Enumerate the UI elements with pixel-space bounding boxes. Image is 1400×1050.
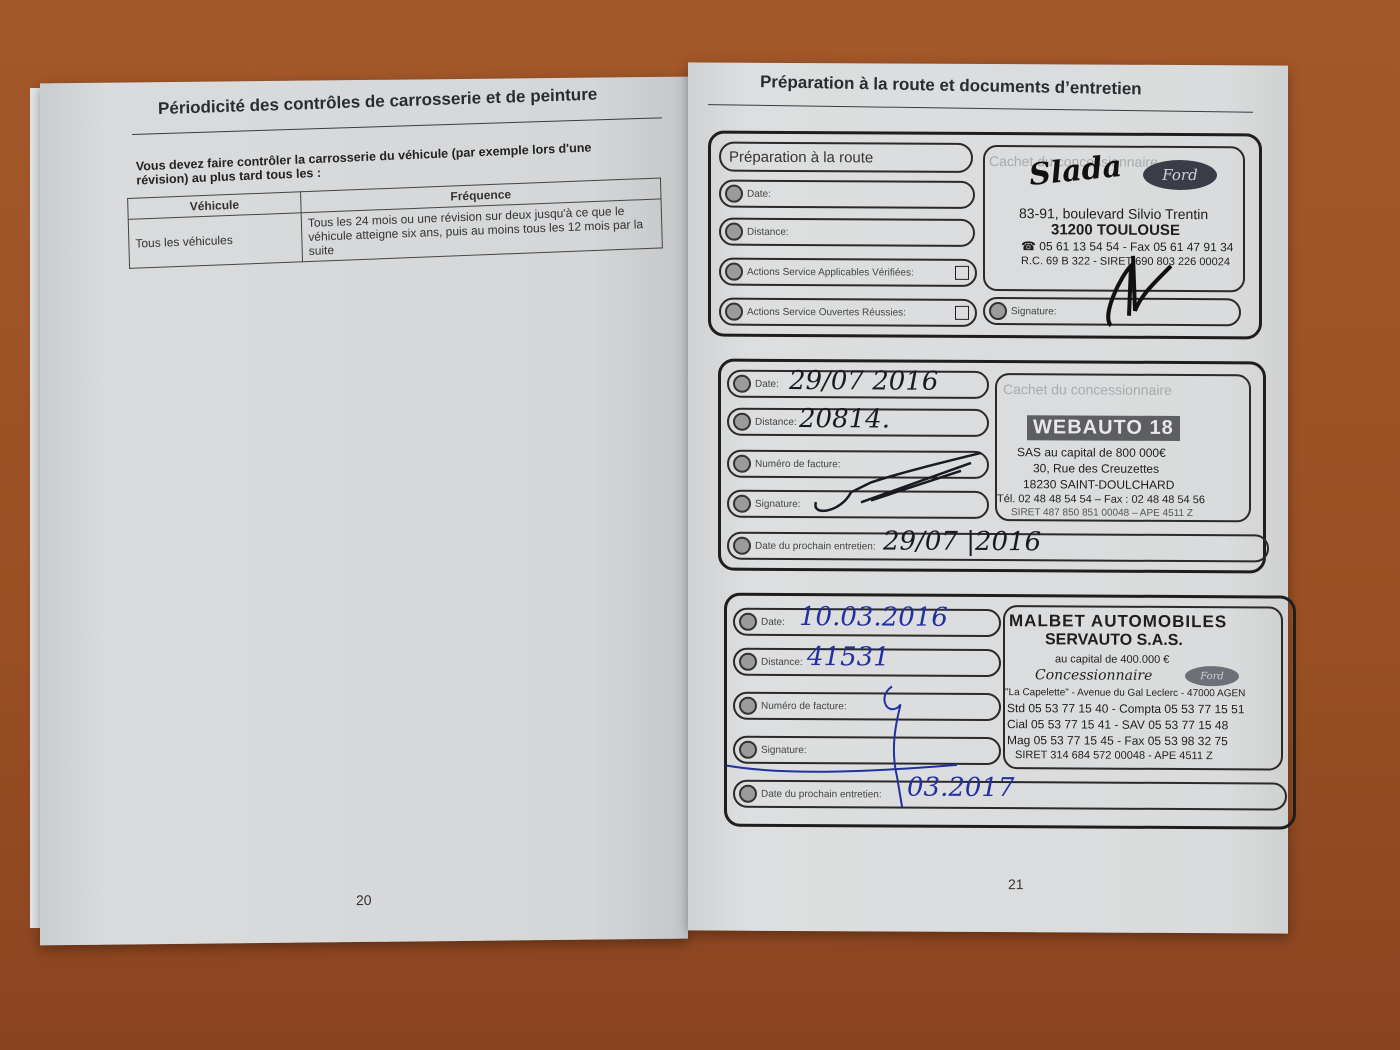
radio-icon[interactable] [725, 263, 743, 281]
field-label: Signature: [761, 744, 807, 755]
radio-icon[interactable] [733, 413, 751, 431]
radio-icon[interactable] [725, 303, 743, 321]
stamp-city: 31200 TOULOUSE [1051, 221, 1180, 239]
webauto-logo: WEBAUTO 18 [1027, 415, 1180, 441]
radio-icon[interactable] [739, 697, 757, 715]
handwritten-date: 10.03.2016 [799, 602, 948, 633]
signature-field[interactable]: Signature: [733, 736, 1001, 765]
field-label: Date: [747, 188, 771, 199]
left-page-title: Périodicité des contrôles de carrosserie… [158, 85, 598, 120]
title-rule [132, 117, 662, 135]
stamp-line: Tél. 02 48 48 54 54 – Fax : 02 48 48 54 … [997, 493, 1205, 506]
radio-icon[interactable] [739, 785, 757, 803]
field-label: Signature: [1011, 306, 1057, 317]
field-label: Actions Service Ouvertes Réussies: [747, 306, 906, 318]
radio-icon[interactable] [733, 537, 751, 555]
right-page-title: Préparation à la route et documents d’en… [760, 72, 1142, 99]
field-label: Signature: [755, 498, 801, 509]
dealer-stamp-box: MALBET AUTOMOBILES SERVAUTO S.A.S. au ca… [1003, 605, 1283, 770]
page-number-right: 21 [1008, 876, 1024, 892]
dealer-stamp-box: Cachet du concessionnaire Slada Ford 83-… [983, 145, 1245, 292]
actions-verified-field[interactable]: Actions Service Applicables Vérifiées: [719, 258, 977, 287]
frequency-table: Véhicule Fréquence Tous les véhicules To… [127, 177, 663, 268]
stamp-line: "La Capelette" - Avenue du Gal Leclerc -… [1005, 687, 1245, 699]
road-preparation-heading: Préparation à la route [719, 142, 973, 173]
left-page: Périodicité des contrôles de carrosserie… [40, 77, 688, 946]
stamp-line: SIRET 314 684 572 00048 - APE 4511 Z [1015, 749, 1213, 762]
road-preparation-card: Préparation à la route Date: Distance: A… [708, 131, 1262, 340]
signature-field[interactable]: Signature: [727, 490, 989, 519]
title-rule [708, 104, 1253, 113]
stamp-line: Cial 05 53 77 15 41 - SAV 05 53 77 15 48 [1007, 717, 1228, 732]
stamp-line: SAS au capital de 800 000€ [1017, 445, 1166, 460]
stamp-line: 30, Rue des Creuzettes [1033, 461, 1159, 476]
radio-icon[interactable] [989, 302, 1007, 320]
field-label: Date du prochain entretien: [755, 540, 876, 552]
handwritten-next-date: 29/07 |2016 [883, 526, 1041, 557]
field-label: Date: [761, 616, 785, 627]
field-label: Actions Service Applicables Vérifiées: [747, 266, 914, 278]
radio-icon[interactable] [739, 653, 757, 671]
dealer-stamp-box: Cachet du concessionnaire WEBAUTO 18 SAS… [995, 373, 1251, 522]
table-cell-vehicle: Tous les véhicules [128, 213, 302, 269]
field-label: Distance: [755, 416, 797, 427]
radio-icon[interactable] [739, 613, 757, 631]
stamp-line: Mag 05 53 77 15 45 - Fax 05 53 98 32 75 [1007, 733, 1228, 748]
radio-icon[interactable] [733, 495, 751, 513]
service-record-2: Date: Distance: Numéro de facture: Signa… [724, 593, 1296, 830]
radio-icon[interactable] [725, 223, 743, 241]
page-number-left: 20 [356, 892, 372, 908]
invoice-number-field[interactable]: Numéro de facture: [727, 450, 989, 479]
distance-field[interactable]: Distance: [719, 218, 975, 247]
checkbox-icon[interactable] [955, 266, 969, 280]
field-label: Numéro de facture: [755, 458, 841, 469]
signature-field[interactable]: Signature: [983, 297, 1241, 326]
intro-text: Vous devez faire contrôler la carrosseri… [136, 140, 592, 187]
date-field[interactable]: Date: [719, 180, 975, 209]
stamp-line: Concessionnaire [1035, 667, 1152, 684]
handwritten-date: 29/07 2016 [789, 366, 938, 397]
service-record-1: Date: Distance: Numéro de facture: Signa… [718, 359, 1266, 574]
stamp-siret: R.C. 69 B 322 - SIRET 690 803 226 00024 [1021, 255, 1230, 268]
stamp-line: au capital de 400.000 € [1055, 653, 1169, 666]
right-page: Préparation à la route et documents d’en… [688, 62, 1288, 933]
stamp-line: SIRET 487 850 851 00048 – APE 4511 Z [1011, 507, 1193, 519]
stamp-line: 18230 SAINT-DOULCHARD [1023, 477, 1174, 492]
field-label: Date du prochain entretien: [761, 788, 882, 800]
ford-logo: Ford [1185, 666, 1239, 686]
stamp-address: 83-91, boulevard Silvio Trentin [1019, 205, 1208, 222]
radio-icon[interactable] [733, 375, 751, 393]
stamp-line: SERVAUTO S.A.S. [1045, 631, 1183, 650]
stamp-phone: ☎ 05 61 13 54 54 - Fax 05 61 47 91 34 [1021, 239, 1233, 254]
stamp-caption: Cachet du concessionnaire [1003, 381, 1172, 398]
handwritten-distance: 41531 [807, 642, 890, 672]
field-label: Date: [755, 378, 779, 389]
handwritten-distance: 20814. [799, 404, 890, 434]
radio-icon[interactable] [733, 455, 751, 473]
checkbox-icon[interactable] [955, 306, 969, 320]
radio-icon[interactable] [739, 741, 757, 759]
heading-label: Préparation à la route [729, 148, 873, 166]
invoice-number-field[interactable]: Numéro de facture: [733, 692, 1001, 721]
field-label: Distance: [747, 226, 789, 237]
field-label: Distance: [761, 656, 803, 667]
handwritten-next-date: 03.2017 [907, 773, 1015, 804]
field-label: Numéro de facture: [761, 700, 847, 711]
stamp-line: Std 05 53 77 15 40 - Compta 05 53 77 15 … [1007, 701, 1245, 716]
stamp-line: MALBET AUTOMOBILES [1009, 611, 1227, 632]
ford-logo: Ford [1143, 160, 1217, 190]
actions-open-field[interactable]: Actions Service Ouvertes Réussies: [719, 298, 977, 327]
radio-icon[interactable] [725, 185, 743, 203]
